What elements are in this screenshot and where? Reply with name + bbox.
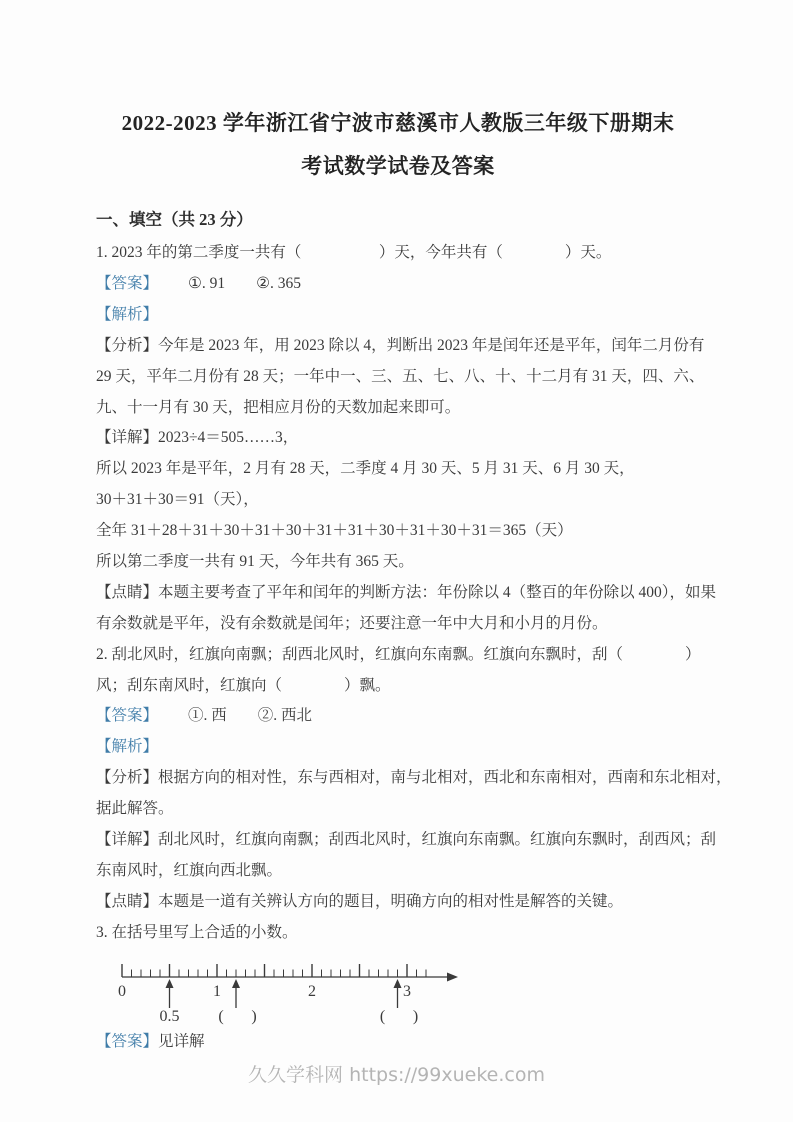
q2-dianjing-line: 【点睛】本题是一道有关辨认方向的题目，明确方向的相对性是解答的关键。: [96, 887, 700, 918]
q1-dianjing-line: 有余数就是平年，没有余数就是闰年；还要注意一年中大月和小月的月份。: [96, 609, 700, 640]
q2-fenxi-line: 【分析】根据方向的相对性，东与西相对，南与北相对，西北和东南相对，西南和东北相对…: [96, 763, 700, 794]
q2-question: 2. 刮北风时，红旗向南飘；刮西北风时，红旗向东南飘。红旗向东飘时，刮（ ）: [96, 640, 700, 671]
page-title: 2022-2023 学年浙江省宁波市慈溪市人教版三年级下册期末 考试数学试卷及答…: [96, 102, 700, 188]
q1-dianjing-line: 【点睛】本题主要考查了平年和闰年的判断方法：年份除以 4（整百的年份除以 400…: [96, 578, 700, 609]
svg-text:0: 0: [118, 983, 126, 1000]
q2-xiangjie-line: 东南风时，红旗向西北飘。: [96, 856, 700, 887]
q1-answer-value: ①. 91 ②. 365: [188, 275, 301, 292]
svg-text:(: (: [380, 1008, 385, 1025]
q3-answer-value: 见详解: [158, 1033, 205, 1050]
q2-answer-line: 【答案】①. 西 ②. 西北: [96, 701, 700, 732]
q2-question: 风；刮东南风时，红旗向（ ）飘。: [96, 671, 700, 702]
q2-xiangjie-line: 【详解】刮北风时，红旗向南飘；刮西北风时，红旗向东南飘。红旗向东飘时，刮西风；刮: [96, 825, 700, 856]
page-title-line-1: 2022-2023 学年浙江省宁波市慈溪市人教版三年级下册期末: [96, 102, 700, 145]
q3-question: 3. 在括号里写上合适的小数。: [96, 918, 700, 949]
svg-text:(: (: [218, 1008, 223, 1025]
q1-fenxi-line: 29 天，平年二月份有 28 天；一年中一、三、五、七、八、十、十二月有 31 …: [96, 362, 700, 393]
q1-answer-line: 【答案】①. 91 ②. 365: [96, 269, 700, 300]
q2-answer-label: 【答案】: [96, 707, 158, 724]
q1-analysis-header: 【解析】: [96, 300, 700, 331]
q1-xiangjie-line: 所以第二季度一共有 91 天，今年共有 365 天。: [96, 547, 700, 578]
svg-text:): ): [251, 1008, 256, 1025]
svg-text:0.5: 0.5: [160, 1008, 180, 1025]
number-line-svg: 01230.5()(): [110, 951, 462, 1027]
q2-fenxi-line: 据此解答。: [96, 794, 700, 825]
q1-fenxi-line: 【分析】今年是 2023 年，用 2023 除以 4，判断出 2023 年是闰年…: [96, 331, 700, 362]
q1-question: 1. 2023 年的第二季度一共有（ ）天，今年共有（ ）天。: [96, 238, 700, 269]
svg-text:): ): [413, 1008, 418, 1025]
q1-xiangjie-line: 全年 31＋28＋31＋30＋31＋30＋31＋31＋30＋31＋30＋31＝3…: [96, 516, 700, 547]
q3-answer-label: 【答案】: [96, 1033, 158, 1050]
footer: 久久学科网 https://99xueke.com: [0, 1060, 793, 1087]
svg-text:3: 3: [403, 983, 411, 1000]
q3-answer-line: 【答案】见详解: [96, 1027, 700, 1058]
q1-xiangjie-line: 所以 2023 年是平年，2 月有 28 天，二季度 4 月 30 天、5 月 …: [96, 454, 700, 485]
page-title-line-2: 考试数学试卷及答案: [96, 145, 700, 188]
q2-answer-value: ①. 西 ②. 西北: [188, 707, 312, 724]
svg-text:1: 1: [213, 983, 221, 1000]
q2-analysis-header: 【解析】: [96, 732, 700, 763]
section-heading: 一、填空（共 23 分）: [96, 202, 700, 238]
document-page: 2022-2023 学年浙江省宁波市慈溪市人教版三年级下册期末 考试数学试卷及答…: [96, 88, 700, 1058]
q1-answer-label: 【答案】: [96, 275, 158, 292]
q1-xiangjie-line: 30＋31＋30＝91（天），: [96, 485, 700, 516]
number-line-figure: 01230.5()(): [110, 951, 470, 1027]
svg-text:2: 2: [308, 983, 316, 1000]
footer-watermark: 久久学科网 https://99xueke.com: [248, 1064, 545, 1086]
q1-fenxi-line: 九、十一月有 30 天，把相应月份的天数加起来即可。: [96, 393, 700, 424]
q1-xiangjie-line: 【详解】2023÷4＝505……3，: [96, 423, 700, 454]
